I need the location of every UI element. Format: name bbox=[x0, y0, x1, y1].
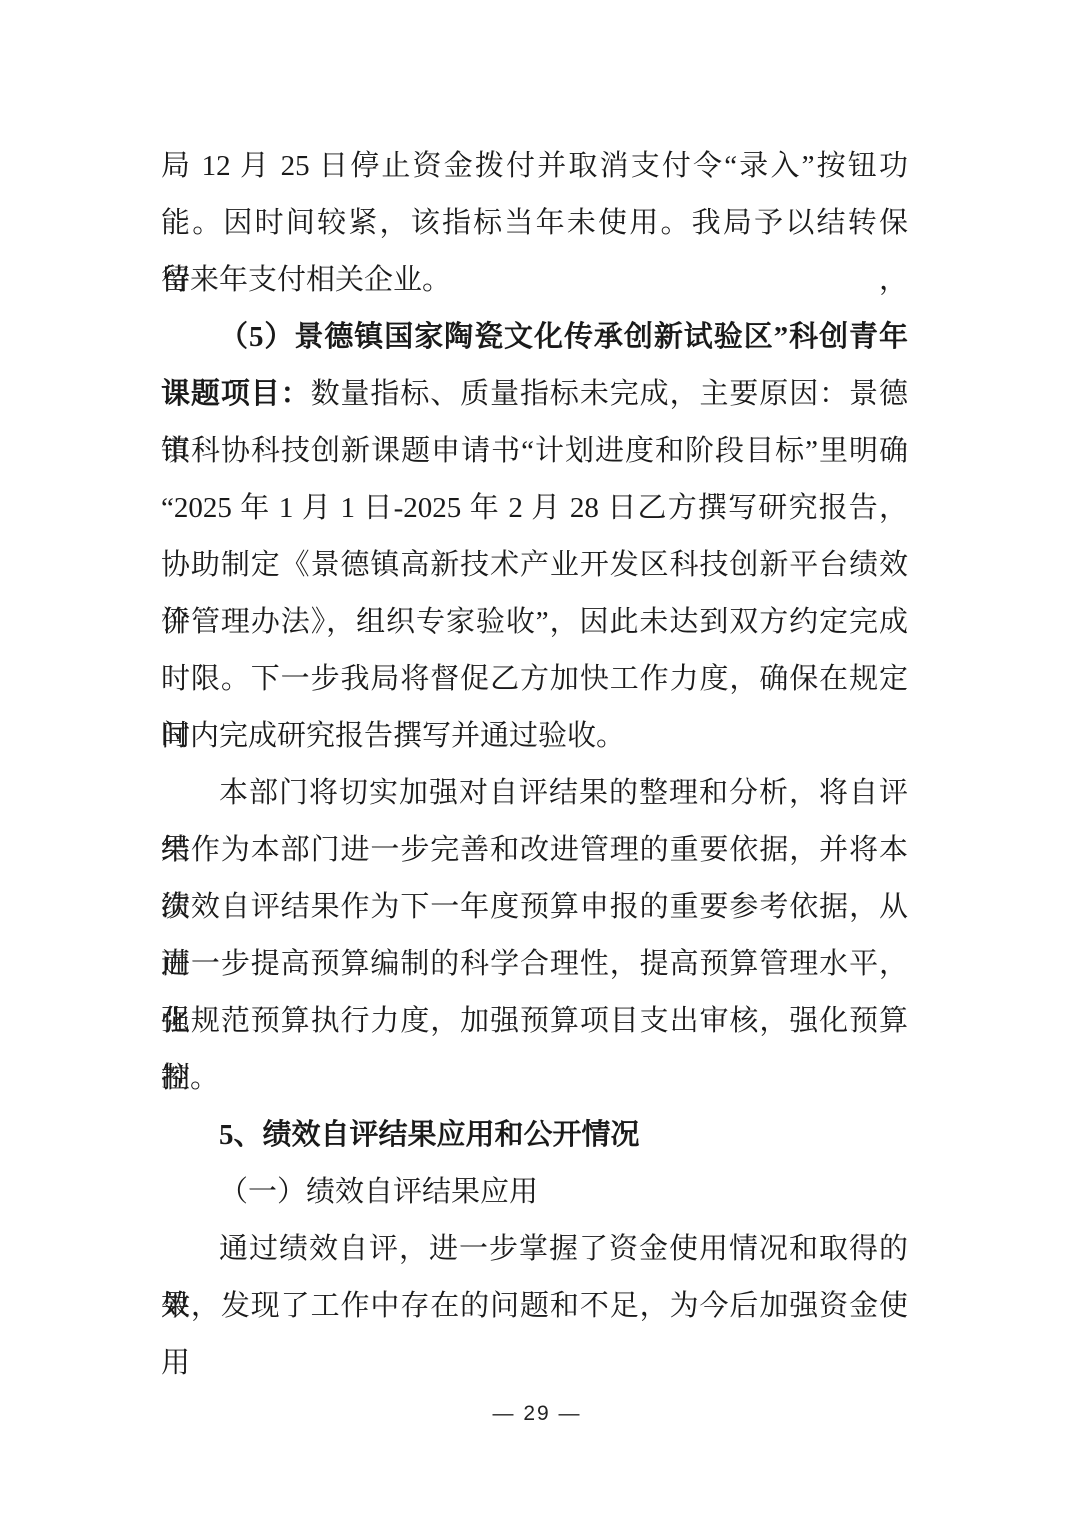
bold-text-segment: 课题项目： bbox=[161, 378, 311, 410]
para-self-evaluation-use-line: 果作为本部门进一步完善和改进管理的重要依据，并将本次 bbox=[161, 822, 908, 879]
para-item5-kechuang-project-line: “2025 年 1 月 1 日-2025 年 2 月 28 日乙方撰写研究报告， bbox=[161, 480, 908, 537]
para-payment-carryover-line: 局 12 月 25 日停止资金拨付并取消支付令“录入”按钮功 bbox=[161, 138, 908, 195]
para-item5-kechuang-project-line: 协助制定《景德镇高新技术产业开发区科技创新平台绩效评 bbox=[161, 537, 908, 594]
page-footer: — 29 — bbox=[0, 1402, 1074, 1426]
subheading-result-application-line: （一）绩效自评结果应用 bbox=[161, 1164, 908, 1221]
heading-section-5-line: 5、绩效自评结果应用和公开情况 bbox=[161, 1107, 908, 1164]
para-item5-kechuang-project-line: 价管理办法》，组织专家验收”，因此未达到双方约定完成 bbox=[161, 594, 908, 651]
text-segment: 制。 bbox=[161, 1062, 219, 1094]
document-page: 局 12 月 25 日停止资金拨付并取消支付令“录入”按钮功能。因时间较紧，该指… bbox=[0, 0, 1074, 1520]
para-self-evaluation-use-line: 化规范预算执行力度，加强预算项目支出审核，强化预算控 bbox=[161, 993, 908, 1050]
bold-text-segment: （5）景德镇国家陶瓷文化传承创新试验区”科创青年 bbox=[219, 321, 908, 353]
para-item5-kechuang-project-line: 间内完成研究报告撰写并通过验收。 bbox=[161, 708, 908, 765]
para-self-evaluation-use-line: 制。 bbox=[161, 1050, 908, 1107]
para-item5-kechuang-project-line: 课题项目：数量指标、质量指标未完成，主要原因：景德镇 bbox=[161, 366, 908, 423]
para-result-application-line: 果，发现了工作中存在的问题和不足，为今后加强资金使用 bbox=[161, 1278, 908, 1335]
para-self-evaluation-use-line: 本部门将切实加强对自评结果的整理和分析，将自评结 bbox=[161, 765, 908, 822]
para-item5-kechuang-project-line: 时限。下一步我局将督促乙方加快工作力度，确保在规定时 bbox=[161, 651, 908, 708]
document-body: 局 12 月 25 日停止资金拨付并取消支付令“录入”按钮功能。因时间较紧，该指… bbox=[161, 138, 908, 1335]
bold-text-segment: 5、绩效自评结果应用和公开情况 bbox=[219, 1119, 640, 1151]
text-segment: 待来年支付相关企业。 bbox=[161, 264, 451, 296]
para-result-application-line: 通过绩效自评，进一步掌握了资金使用情况和取得的效 bbox=[161, 1221, 908, 1278]
para-item5-kechuang-project-line: （5）景德镇国家陶瓷文化传承创新试验区”科创青年 bbox=[161, 309, 908, 366]
text-segment: 果，发现了工作中存在的问题和不足，为今后加强资金使用 bbox=[161, 1290, 908, 1379]
text-segment: （一）绩效自评结果应用 bbox=[219, 1176, 538, 1208]
page-number: — 29 — bbox=[492, 1402, 581, 1425]
text-segment: 市科协科技创新课题申请书“计划进度和阶段目标”里明确 bbox=[161, 435, 908, 467]
text-segment: 间内完成研究报告撰写并通过验收。 bbox=[161, 720, 625, 752]
text-segment: 局 12 月 25 日停止资金拨付并取消支付令“录入”按钮功 bbox=[161, 150, 908, 182]
text-segment: 价管理办法》，组织专家验收”，因此未达到双方约定完成 bbox=[161, 606, 908, 638]
para-self-evaluation-use-line: 绩效自评结果作为下一年度预算申报的重要参考依据，从而 bbox=[161, 879, 908, 936]
para-item5-kechuang-project-line: 市科协科技创新课题申请书“计划进度和阶段目标”里明确 bbox=[161, 423, 908, 480]
para-payment-carryover-line: 能。因时间较紧，该指标当年未使用。我局予以结转保留， bbox=[161, 195, 908, 252]
text-segment: “2025 年 1 月 1 日-2025 年 2 月 28 日乙方撰写研究报告， bbox=[161, 492, 908, 524]
para-self-evaluation-use-line: 进一步提高预算编制的科学合理性，提高预算管理水平，强 bbox=[161, 936, 908, 993]
